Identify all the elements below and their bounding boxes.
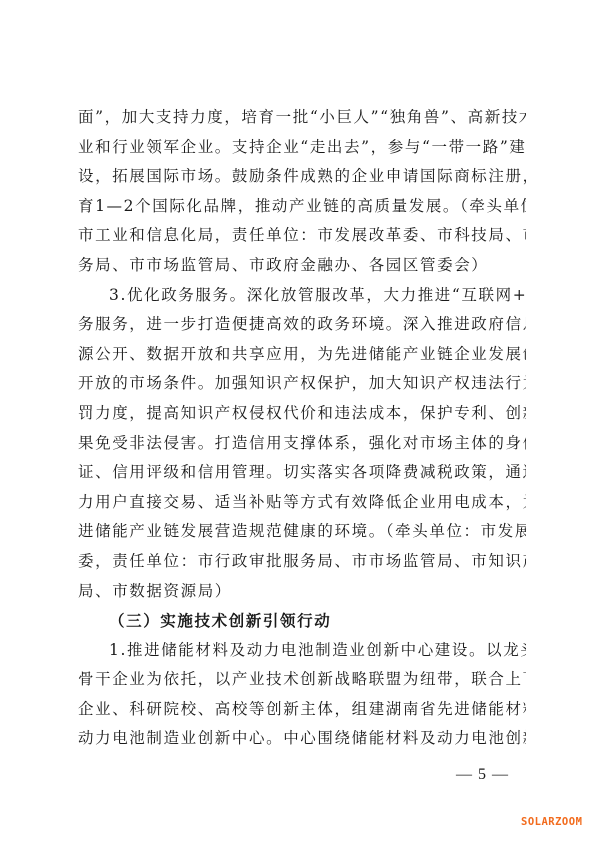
text-line: 果免受非法侵害。打造信用支撑体系，强化对市场主体的身份认 bbox=[78, 429, 526, 459]
text-line: 骨干企业为依托，以产业技术创新战略联盟为纽带，联合上下游 bbox=[78, 665, 526, 695]
text-line: 3.优化政务服务。深化放管服改革，大力推进“互联网+”政 bbox=[78, 281, 526, 311]
document-page: 面”，加大支持力度，培育一批“小巨人”“独角兽”、高新技术企业和行业领军企业。支… bbox=[0, 0, 600, 848]
text-line: 设，拓展国际市场。鼓励条件成熟的企业申请国际商标注册，培 bbox=[78, 162, 526, 192]
text-line: 源公开、数据开放和共享应用，为先进储能产业链企业发展创造 bbox=[78, 340, 526, 370]
text-line: 委，责任单位：市行政审批服务局、市市场监管局、市知识产权 bbox=[78, 547, 526, 577]
text-line: 证、信用评级和信用管理。切实落实各项降费减税政策，通过电 bbox=[78, 458, 526, 488]
text-line: 1.推进储能材料及动力电池制造业创新中心建设。以龙头或 bbox=[78, 636, 526, 666]
text-line: 力用户直接交易、适当补贴等方式有效降低企业用电成本，为先 bbox=[78, 488, 526, 518]
text-line: 开放的市场条件。加强知识产权保护，加大知识产权违法行为处 bbox=[78, 369, 526, 399]
text-line: 进储能产业链发展营造规范健康的环境。（牵头单位：市发展改革 bbox=[78, 517, 526, 547]
section-heading: （三）实施技术创新引领行动 bbox=[78, 606, 526, 636]
text-line: 动力电池制造业创新中心。中心围绕储能材料及动力电池创新发 bbox=[78, 724, 526, 754]
text-line: 市工业和信息化局，责任单位：市发展改革委、市科技局、市商 bbox=[78, 221, 526, 251]
document-body: 面”，加大支持力度，培育一批“小巨人”“独角兽”、高新技术企业和行业领军企业。支… bbox=[78, 103, 526, 754]
text-line: 业和行业领军企业。支持企业“走出去”，参与“一带一路”建 bbox=[78, 133, 526, 163]
page-number: — 5 — bbox=[456, 766, 509, 784]
watermark-logo: SOLARZOOM bbox=[521, 816, 582, 828]
text-line: 面”，加大支持力度，培育一批“小巨人”“独角兽”、高新技术企 bbox=[78, 103, 526, 133]
text-line: 务服务，进一步打造便捷高效的政务环境。深入推进政府信息资 bbox=[78, 310, 526, 340]
text-line: 务局、市市场监管局、市政府金融办、各园区管委会） bbox=[78, 251, 526, 281]
text-line: 局、市数据资源局） bbox=[78, 577, 526, 607]
text-line: 企业、科研院校、高校等创新主体，组建湖南省先进储能材料与 bbox=[78, 695, 526, 725]
text-line: 罚力度，提高知识产权侵权代价和违法成本，保护专利、创新成 bbox=[78, 399, 526, 429]
text-line: 育1—2个国际化品牌，推动产业链的高质量发展。（牵头单位： bbox=[78, 192, 526, 222]
